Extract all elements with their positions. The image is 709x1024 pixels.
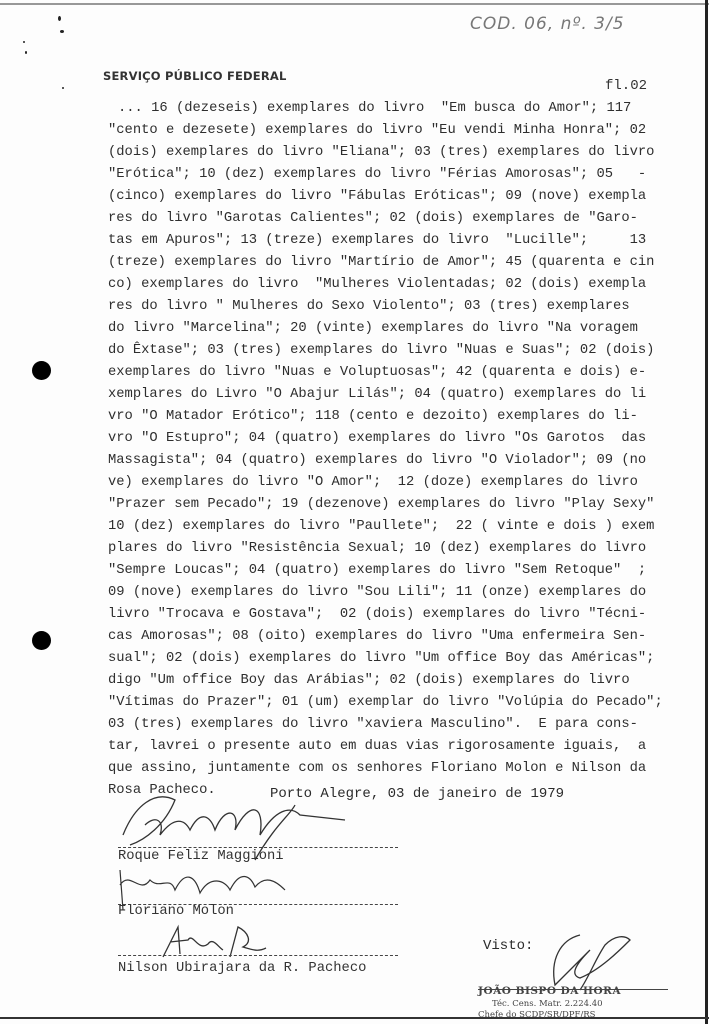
- body-line: res do livro " Mulheres do Sexo Violento…: [108, 296, 668, 318]
- body-line: digo "Um office Boy das Arábias"; 02 (do…: [108, 670, 668, 692]
- document-header: SERVIÇO PÚBLICO FEDERAL: [103, 69, 287, 83]
- scan-speck: [60, 30, 64, 33]
- visto-stamp-registration: Téc. Cens. Matr. 2.224.40: [492, 999, 603, 1009]
- body-line: res do livro "Garotas Calientes"; 02 (do…: [108, 208, 668, 230]
- body-line: 10 (dez) exemplares do livro "Paullete";…: [108, 516, 668, 538]
- scan-speck: [58, 16, 61, 21]
- page-folio: fl.02: [605, 78, 647, 94]
- body-line: Massagista"; 04 (quatro) exemplares do l…: [108, 450, 668, 472]
- document-body: ... 16 (dezeseis) exemplares do livro "E…: [108, 98, 668, 802]
- body-line: tas em Apuros"; 13 (treze) exemplares do…: [108, 230, 668, 252]
- body-line: vro "O Estupro"; 04 (quatro) exemplares …: [108, 428, 668, 450]
- scan-speck: [62, 87, 64, 89]
- signatory-name: Nilson Ubirajara da R. Pacheco: [118, 961, 366, 976]
- body-line: que assino, juntamente com os senhores F…: [108, 758, 668, 780]
- body-line: do Êxtase"; 03 (tres) exemplares do livr…: [108, 340, 668, 362]
- signatory-name: Floriano Molon: [118, 904, 234, 919]
- scanned-document-page: COD. 06, nº. 3/5 SERVIÇO PÚBLICO FEDERAL…: [0, 0, 709, 1024]
- punch-hole: [32, 361, 51, 380]
- signature-line: [118, 847, 398, 848]
- signature-line: [118, 955, 398, 956]
- visto-stamp-department: Chefe do SCDP/SR/DPF/RS: [478, 1010, 595, 1020]
- page-top-edge: [0, 3, 709, 5]
- body-line: xemplares do Livro "O Abajur Lilás"; 04 …: [108, 384, 668, 406]
- body-line: "cento e dezesete) exemplares do livro "…: [108, 120, 668, 142]
- body-line: ve) exemplares do livro "O Amor"; 12 (do…: [108, 472, 668, 494]
- body-line: cas Amorosas"; 08 (oito) exemplares do l…: [108, 626, 668, 648]
- body-line: (dois) exemplares do livro "Eliana"; 03 …: [108, 142, 668, 164]
- body-line: (cinco) exemplares do livro "Fábulas Eró…: [108, 186, 668, 208]
- body-line: vro "O Matador Erótico"; 118 (cento e de…: [108, 406, 668, 428]
- body-line: plares do livro "Resistência Sexual; 10 …: [108, 538, 668, 560]
- handwritten-reference: COD. 06, nº. 3/5: [470, 14, 625, 34]
- body-line: livro "Trocava e Gostava"; 02 (dois) exe…: [108, 604, 668, 626]
- body-line: (treze) exemplares do livro "Martírio de…: [108, 252, 668, 274]
- body-line: exemplares do livro "Nuas e Voluptuosas"…: [108, 362, 668, 384]
- body-line: "Sempre Loucas"; 04 (quatro) exemplares …: [108, 560, 668, 582]
- signatory-name: Roque Feliz Maggioni: [118, 849, 284, 864]
- signature-nilson: [158, 922, 268, 962]
- body-line: ... 16 (dezeseis) exemplares do livro "E…: [108, 98, 668, 120]
- body-line: 03 (tres) exemplares do livro "xaviera M…: [108, 714, 668, 736]
- body-line: co) exemplares do livro "Mulheres Violen…: [108, 274, 668, 296]
- punch-hole: [32, 631, 51, 650]
- page-right-edge: [705, 0, 708, 1024]
- page-bottom-edge: [0, 1017, 709, 1019]
- body-line: do livro "Marcelina"; 20 (vinte) exempla…: [108, 318, 668, 340]
- body-line: tar, lavrei o presente auto em duas vias…: [108, 736, 668, 758]
- visto-stamp-name: JOÃO BISPO DA HORA: [478, 985, 621, 997]
- body-line: sual"; 02 (dois) exemplares do livro "Um…: [108, 648, 668, 670]
- body-line: "Vítimas do Prazer"; 01 (um) exemplar do…: [108, 692, 668, 714]
- body-line: 09 (nove) exemplares do livro "Sou Lili"…: [108, 582, 668, 604]
- body-line: "Prazer sem Pecado"; 19 (dezenove) exemp…: [108, 494, 668, 516]
- scan-speck: [23, 41, 25, 43]
- scan-speck: [25, 51, 27, 54]
- body-line: "Erótica"; 10 (dez) exemplares do livro …: [108, 164, 668, 186]
